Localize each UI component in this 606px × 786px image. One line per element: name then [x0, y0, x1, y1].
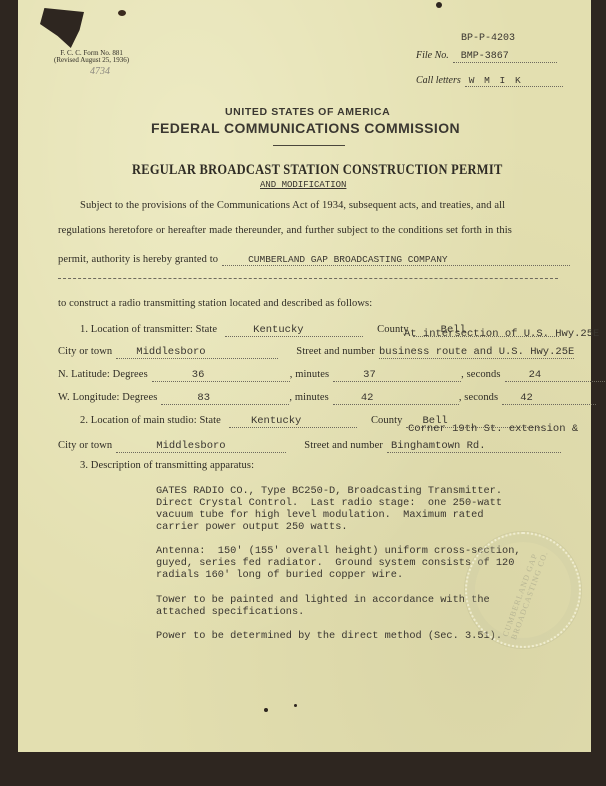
document-subtitle: AND MODIFICATION: [260, 180, 346, 190]
studio-street-line-1: Corner 19th St. extension &: [408, 423, 578, 435]
transmitter-city-row: City or town Middlesboro Street and numb…: [58, 341, 574, 359]
pencil-annotation: 4734: [90, 66, 110, 77]
studio-county-label: County: [371, 415, 403, 426]
call-letters-field: Call letters W M I K: [416, 70, 563, 88]
studio-city-row: City or town Middlesboro Street and numb…: [58, 435, 561, 453]
latitude-degrees: 36: [152, 369, 290, 382]
studio-location-label: 2. Location of main studio: State: [80, 415, 221, 426]
form-revised-date: (Revised August 25, 1936): [54, 57, 129, 64]
country-heading: UNITED STATES OF AMERICA: [225, 106, 390, 118]
apparatus-label: 3. Description of transmitting apparatus…: [80, 460, 254, 471]
longitude-minutes: 42: [333, 392, 459, 405]
longitude-degrees: 83: [161, 392, 289, 405]
transmitter-street-line-1: At intersection of U.S. Hwy.25E: [404, 328, 599, 340]
torn-corner: [40, 8, 84, 48]
studio-street-label: Street and number: [304, 440, 383, 451]
studio-city-value: Middlesboro: [116, 440, 286, 453]
transmitter-city-label: City or town: [58, 346, 112, 357]
latitude-label: N. Latitude: Degrees: [58, 369, 148, 380]
permit-document: F. C. C. Form No. 881 (Revised August 25…: [18, 0, 591, 752]
longitude-seconds-label: , seconds: [459, 392, 498, 403]
longitude-seconds: 42: [502, 392, 596, 405]
latitude-minutes: 37: [333, 369, 461, 382]
latitude-seconds-label: , seconds: [461, 369, 500, 380]
apparatus-tower-specification: Tower to be painted and lighted in accor…: [156, 594, 490, 618]
longitude-row: W. Longitude: Degrees 83, minutes 42, se…: [58, 387, 596, 405]
grantee-field: permit, authority is hereby granted to C…: [58, 249, 570, 267]
longitude-minutes-label: , minutes: [289, 392, 328, 403]
transmitter-location-label: 1. Location of transmitter: State: [80, 324, 217, 335]
grantee-label: permit, authority is hereby granted to: [58, 254, 218, 265]
document-title: REGULAR BROADCAST STATION CONSTRUCTION P…: [132, 162, 503, 179]
transmitter-street-label: Street and number: [296, 346, 375, 357]
bp-number: BP-P-4203: [461, 33, 515, 44]
studio-state-value: Kentucky: [229, 415, 357, 428]
latitude-seconds: 24: [505, 369, 606, 382]
latitude-row: N. Latitude: Degrees 36, minutes 37, sec…: [58, 364, 606, 382]
studio-city-label: City or town: [58, 440, 112, 451]
apparatus-transmitter-description: GATES RADIO CO., Type BC250-D, Broadcast…: [156, 485, 502, 533]
apparatus-power-method: Power to be determined by the direct met…: [156, 630, 502, 642]
longitude-label: W. Longitude: Degrees: [58, 392, 157, 403]
paper-hole: [436, 2, 442, 8]
paper-hole: [264, 708, 268, 712]
title-divider: [273, 145, 345, 146]
preamble-line-2: regulations heretofore or hereafter made…: [58, 225, 512, 236]
preamble-line-4: to construct a radio transmitting statio…: [58, 298, 372, 309]
form-number-block: F. C. C. Form No. 881 (Revised August 25…: [54, 50, 129, 64]
file-no-label: File No.: [416, 50, 449, 61]
transmitter-street-line-2: business route and U.S. Hwy.25E: [379, 346, 574, 359]
grantee-continuation-line: [58, 278, 558, 279]
embossed-seal: CUMBERLAND GAP BROADCASTING CO.: [465, 532, 581, 648]
file-no-value: BMP-3867: [453, 51, 557, 63]
call-letters-value: W M I K: [465, 75, 563, 87]
seal-text: CUMBERLAND GAP BROADCASTING CO.: [501, 537, 553, 641]
transmitter-state-value: Kentucky: [225, 324, 363, 337]
studio-street-line-2: Binghamtown Rd.: [387, 440, 561, 453]
transmitter-city-value: Middlesboro: [116, 346, 278, 359]
latitude-minutes-label: , minutes: [290, 369, 329, 380]
call-letters-label: Call letters: [416, 75, 461, 86]
paper-hole: [294, 704, 297, 707]
preamble-line-1: Subject to the provisions of the Communi…: [80, 200, 505, 211]
file-number-field: File No. BMP-3867: [416, 45, 557, 63]
agency-heading: FEDERAL COMMUNICATIONS COMMISSION: [151, 120, 460, 136]
stain: [118, 10, 126, 16]
grantee-value: CUMBERLAND GAP BROADCASTING COMPANY: [222, 254, 570, 266]
